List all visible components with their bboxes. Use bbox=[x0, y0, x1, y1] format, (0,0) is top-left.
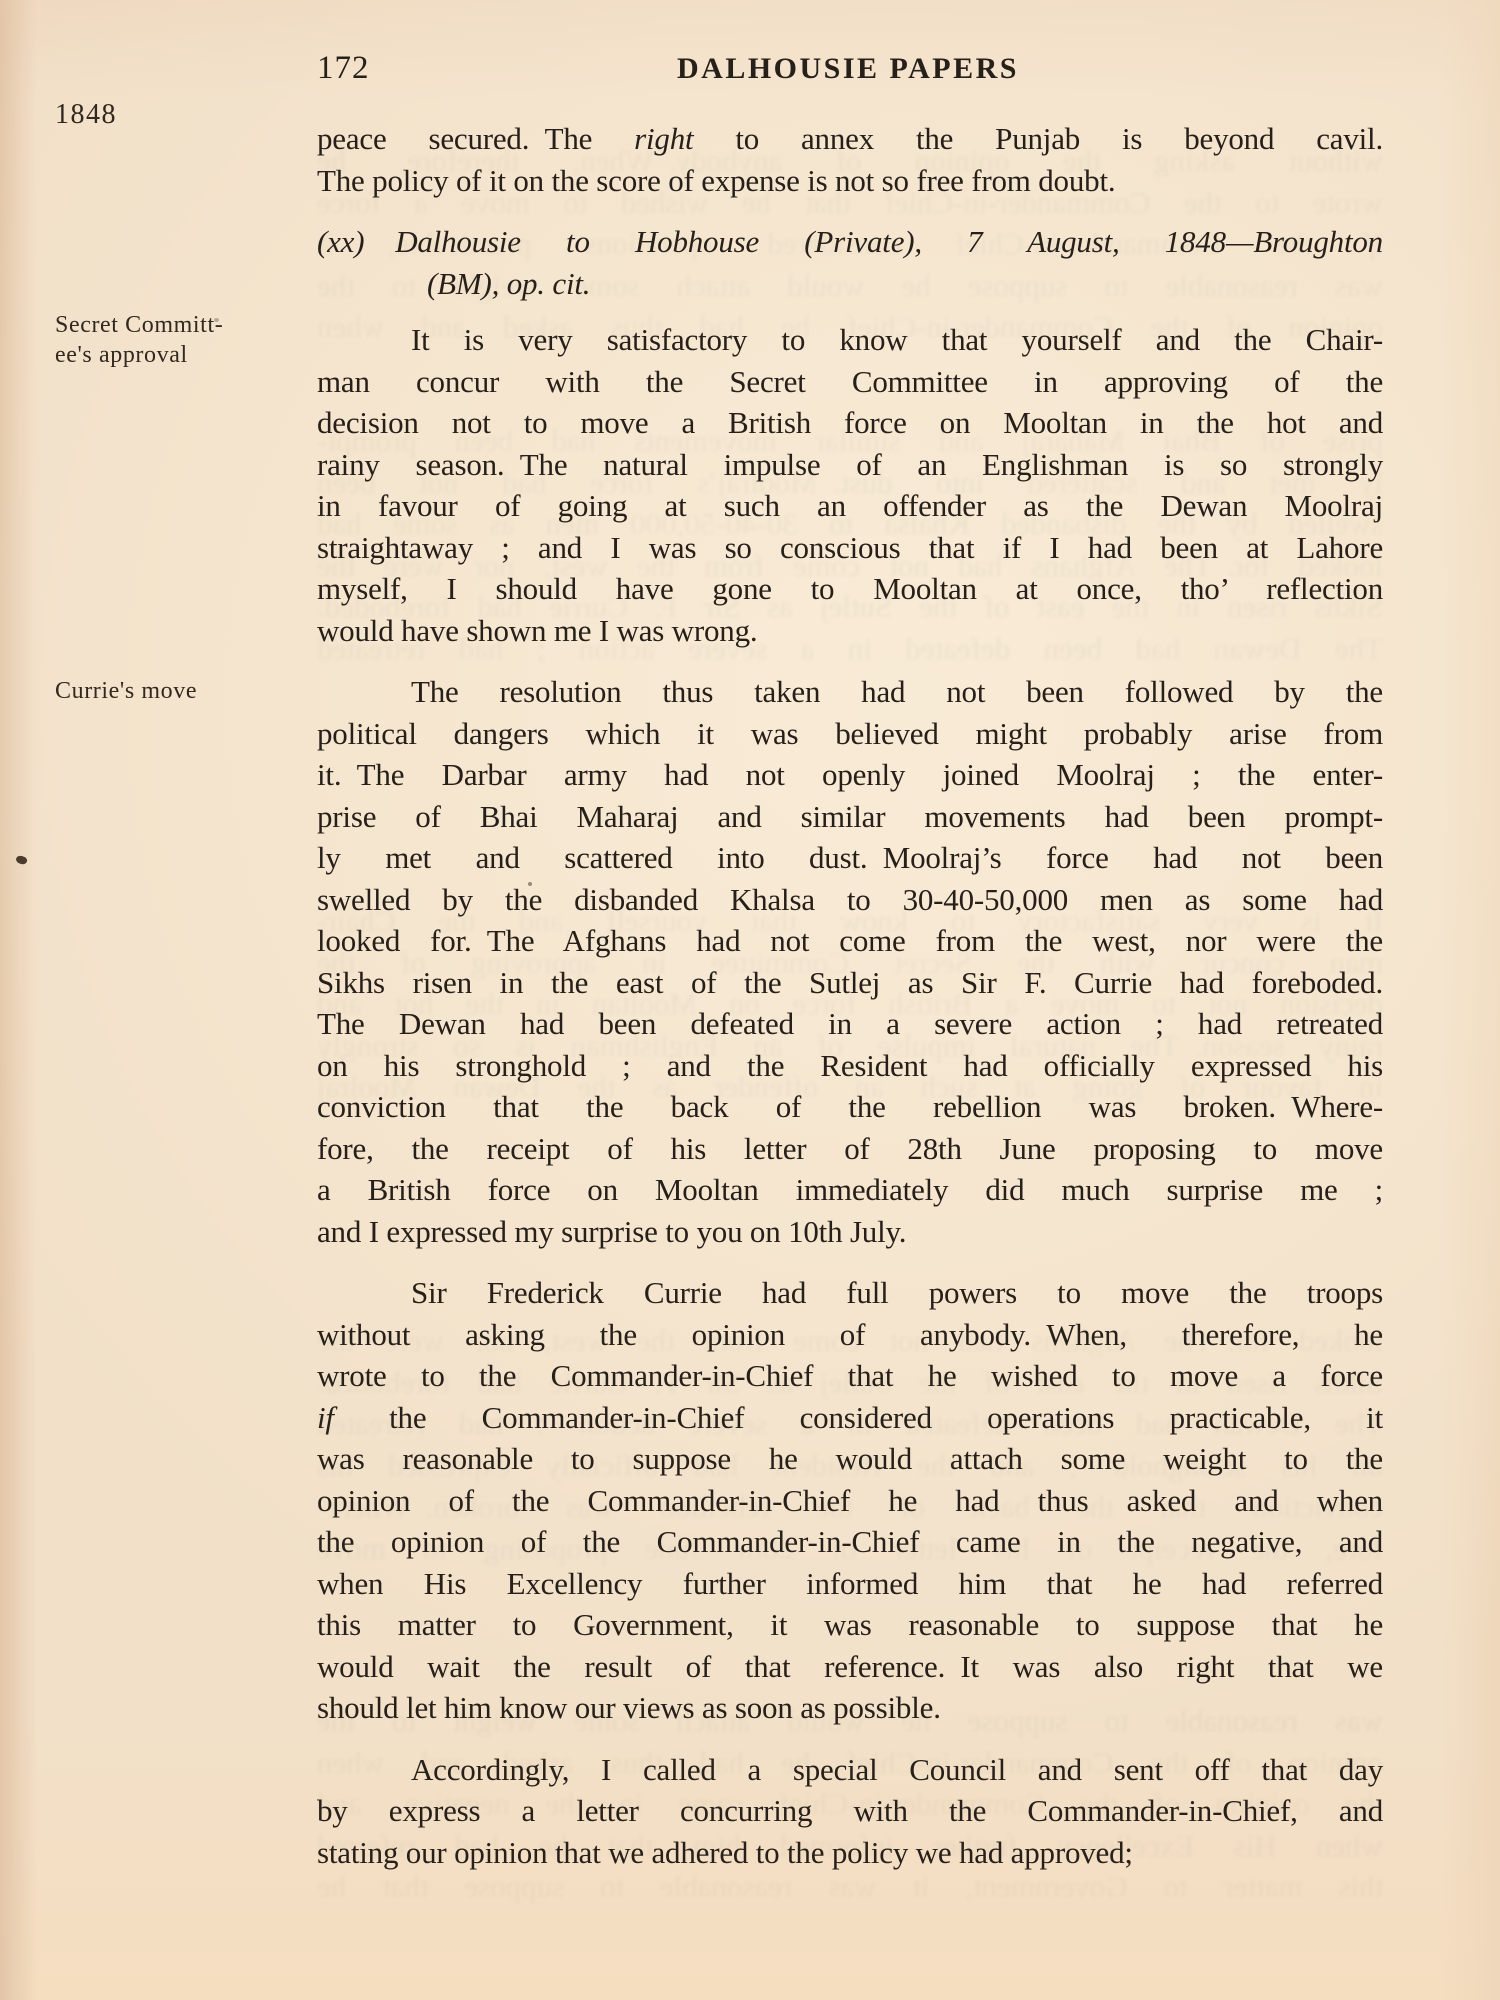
margin-note-line: 1848 bbox=[55, 100, 117, 130]
page-number: 172 bbox=[317, 50, 370, 87]
text-line: should let him know our views as soon as… bbox=[317, 1687, 1383, 1729]
text-line: (xx) Dalhousie to Hobhouse (Private), 7 … bbox=[317, 221, 1383, 263]
text-line: peace secured. The right to annex the Pu… bbox=[317, 118, 1383, 160]
text-line: Sikhs risen in the east of the Sutlej as… bbox=[317, 962, 1383, 1004]
text-line: decision not to move a British force on … bbox=[317, 402, 1383, 444]
paragraph: The resolution thus taken had not been f… bbox=[317, 671, 1383, 1252]
text-line: rainy season. The natural impulse of an … bbox=[317, 444, 1383, 486]
text-line: without asking the opinion of anybody. W… bbox=[317, 1314, 1383, 1356]
text-line: man concur with the Secret Committee in … bbox=[317, 361, 1383, 403]
text-line: myself, I should have gone to Mooltan at… bbox=[317, 568, 1383, 610]
text-line: would wait the result of that reference.… bbox=[317, 1646, 1383, 1688]
paragraph: Sir Frederick Currie had full powers to … bbox=[317, 1272, 1383, 1729]
paper-speck bbox=[214, 318, 219, 322]
text-line: stating our opinion that we adhered to t… bbox=[317, 1832, 1383, 1874]
margin-note-curries-move: Currie's move bbox=[55, 676, 197, 706]
text-line: was reasonable to suppose he would attac… bbox=[317, 1438, 1383, 1480]
book-page: 172 DALHOUSIE PAPERS 1848Secret Committ-… bbox=[0, 0, 1500, 2000]
margin-note-secret-committees-approval: Secret Committ-ee's approval bbox=[55, 310, 223, 370]
text-line: looked for. The Afghans had not come fro… bbox=[317, 920, 1383, 962]
text-line: Accordingly, I called a special Council … bbox=[317, 1749, 1383, 1791]
text-line: it. The Darbar army had not openly joine… bbox=[317, 754, 1383, 796]
text-line: Sir Frederick Currie had full powers to … bbox=[317, 1272, 1383, 1314]
paragraph: Accordingly, I called a special Council … bbox=[317, 1749, 1383, 1874]
text-line: when His Excellency further informed him… bbox=[317, 1563, 1383, 1605]
text-line: fore, the receipt of his letter of 28th … bbox=[317, 1128, 1383, 1170]
text-line: a British force on Mooltan immediately d… bbox=[317, 1169, 1383, 1211]
text-line: It is very satisfactory to know that you… bbox=[317, 319, 1383, 361]
text-line: on his stronghold ; and the Resident had… bbox=[317, 1045, 1383, 1087]
paper-speck bbox=[528, 882, 532, 886]
text-line: swelled by the disbanded Khalsa to 30-40… bbox=[317, 879, 1383, 921]
paragraph: It is very satisfactory to know that you… bbox=[317, 319, 1383, 651]
text-line: the opinion of the Commander-in-Chief ca… bbox=[317, 1521, 1383, 1563]
text-line: opinion of the Commander-in-Chief he had… bbox=[317, 1480, 1383, 1522]
margin-note-line: Currie's move bbox=[55, 676, 197, 706]
text-line: political dangers which it was believed … bbox=[317, 713, 1383, 755]
continuation: peace secured. The right to annex the Pu… bbox=[317, 118, 1383, 201]
text-line: this matter to Government, it was reason… bbox=[317, 1604, 1383, 1646]
margin-note-line: Secret Committ- bbox=[55, 310, 223, 340]
text-line: conviction that the back of the rebellio… bbox=[317, 1086, 1383, 1128]
text-line: (BM), op. cit. bbox=[317, 263, 1383, 305]
text-line: prise of Bhai Maharaj and similar moveme… bbox=[317, 796, 1383, 838]
margin-note-line: ee's approval bbox=[55, 340, 223, 370]
text-line: straightaway ; and I was so conscious th… bbox=[317, 527, 1383, 569]
margin-notes: 1848Secret Committ-ee's approvalCurrie's… bbox=[0, 0, 317, 2000]
text-line: ly met and scattered into dust. Moolraj’… bbox=[317, 837, 1383, 879]
text-column: peace secured. The right to annex the Pu… bbox=[317, 118, 1383, 1873]
text-line: The policy of it on the score of expense… bbox=[317, 160, 1383, 202]
text-line: The Dewan had been defeated in a severe … bbox=[317, 1003, 1383, 1045]
citation: (xx) Dalhousie to Hobhouse (Private), 7 … bbox=[317, 221, 1383, 304]
text-line: by express a letter concurring with the … bbox=[317, 1790, 1383, 1832]
text-line: wrote to the Commander-in-Chief that he … bbox=[317, 1355, 1383, 1397]
text-line: The resolution thus taken had not been f… bbox=[317, 671, 1383, 713]
text-line: and I expressed my surprise to you on 10… bbox=[317, 1211, 1383, 1253]
text-line: would have shown me I was wrong. bbox=[317, 610, 1383, 652]
text-line: in favour of going at such an offender a… bbox=[317, 485, 1383, 527]
text-line: if the Commander-in-Chief considered ope… bbox=[317, 1397, 1383, 1439]
margin-note-year: 1848 bbox=[55, 100, 117, 130]
page-header-title: DALHOUSIE PAPERS bbox=[677, 52, 1019, 86]
